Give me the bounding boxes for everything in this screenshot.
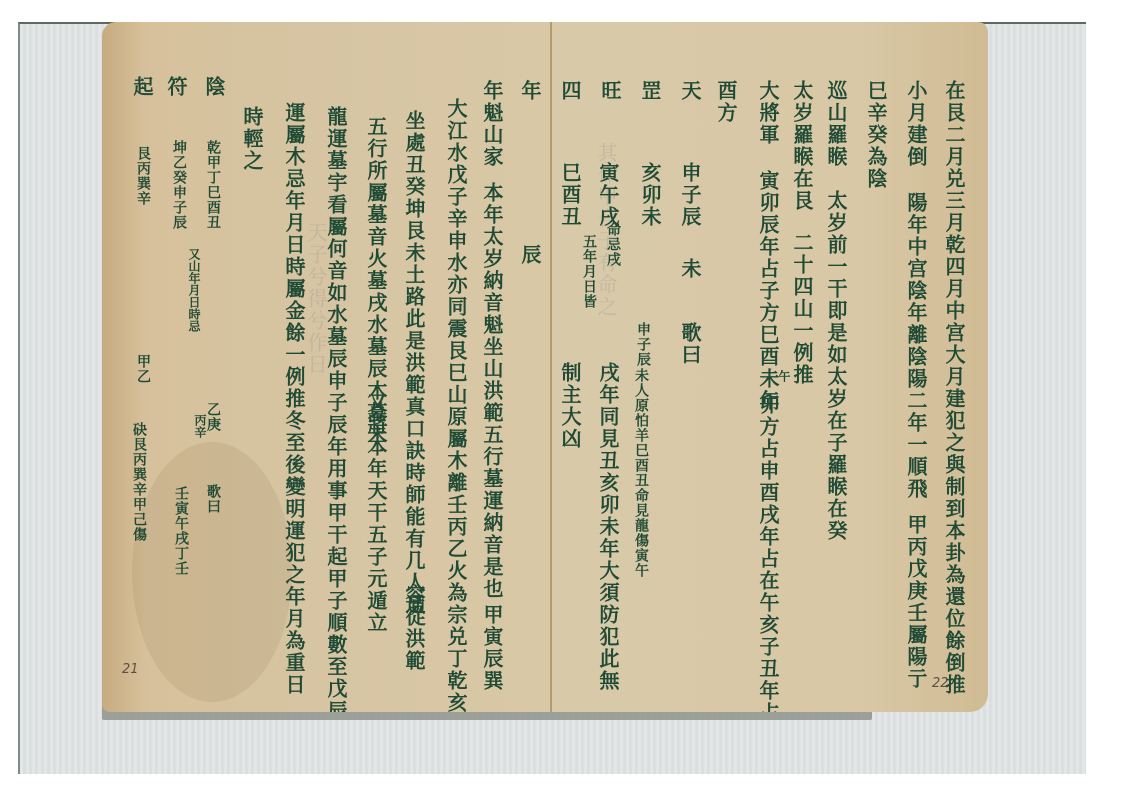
text-column: 辰 <box>520 244 540 266</box>
text-column: 本年太岁納音魁坐山洪範五行墓運納音是也 <box>482 182 502 600</box>
text-column: 戌年同見丑亥卯未年大須防犯此無 <box>598 362 618 692</box>
text-column: 陰 <box>204 76 224 98</box>
text-column: 甲寅辰巽 <box>482 604 502 692</box>
text-column: 乙庚 <box>206 402 220 432</box>
right-page: 其作甲合子有命之 在艮二月兑三月乾四月中宫大月建犯之與制到本卦為還位餘倒推 小月… <box>552 22 988 712</box>
text-column: 甲乙 <box>136 354 150 384</box>
text-column: 大江水戊子辛申水亦同震艮巳山原屬木離壬丙乙火為宗兑丁乾亥金 <box>446 98 466 712</box>
text-column: 未 <box>680 258 700 280</box>
text-column: 四 <box>560 80 580 102</box>
text-column: 申子辰 <box>680 162 700 228</box>
text-column: 陽年中宫陰年離陰陽二年一順飛 <box>906 192 926 500</box>
text-column: 卯方占申酉戌年占在午亥子丑年占 <box>758 394 778 712</box>
text-column: 命忌戌 <box>606 222 620 267</box>
text-column: 小月建倒 <box>906 80 926 168</box>
text-column: 寅午戌 <box>598 162 618 228</box>
text-column: 坐處丑癸坤艮未土路此是洪範真口訣時師能有几人通 <box>404 110 424 616</box>
text-column: 壬寅午戌丁壬 <box>174 486 188 576</box>
text-column: 大將軍 <box>758 80 778 146</box>
text-column: 容從洪範 <box>404 584 424 672</box>
text-column: 又將本年天干五子元遁立 <box>366 392 386 634</box>
text-column: 又山年月日時忌 <box>188 248 200 332</box>
text-column: 歌曰 <box>680 322 700 366</box>
open-book: 天子兮得兮作日 年 辰 年魁山家 本年太岁納音魁坐山洪範五行墓運納音是也 甲寅辰… <box>102 22 990 722</box>
text-column: 未人原怕羊巳酉丑命見龍傷寅午 <box>634 368 648 578</box>
text-column: 巳酉丑 <box>560 162 580 228</box>
text-column: 符 <box>166 76 186 98</box>
water-stain <box>132 442 292 702</box>
text-column: 巡山羅睺 <box>826 80 846 168</box>
text-column: 運屬木忌年月日時屬金餘一例推冬至後變明運犯之年月為重日 <box>284 102 304 696</box>
left-page: 天子兮得兮作日 年 辰 年魁山家 本年太岁納音魁坐山洪範五行墓運納音是也 甲寅辰… <box>102 22 552 712</box>
text-column: 酉方 <box>716 80 736 124</box>
text-column: 砄艮丙巽辛甲己傷 <box>132 422 146 542</box>
text-column: 時輕之 <box>242 106 262 172</box>
text-column: 坤乙癸申子辰 <box>172 140 186 230</box>
text-column: 旺 <box>600 80 620 102</box>
text-column: 巳辛癸為陰 <box>866 80 886 190</box>
text-column: 寅卯辰年占子方巳酉未年 <box>758 170 778 412</box>
text-column: 艮丙巽辛 <box>136 146 150 206</box>
text-column: 太岁羅睺在艮 <box>792 80 812 212</box>
text-column: 龍運墓宇看屬何音如水墓辰申子辰年用事甲干起甲子順數至戊辰 <box>326 106 346 712</box>
text-column: 五年月日皆 <box>582 234 596 309</box>
page-number: 22 <box>932 676 949 691</box>
text-column: 天 <box>680 80 700 102</box>
text-column: 亥卯未 <box>640 162 660 228</box>
text-column: 二十四山一例推 <box>792 232 812 386</box>
text-column: 歌曰 <box>206 484 220 514</box>
text-column: 在艮二月兑三月乾四月中宫大月建犯之與制到本卦為還位餘倒推 <box>944 80 964 696</box>
text-column: 年魁山家 <box>482 80 502 168</box>
text-column: 申子辰 <box>636 322 650 367</box>
text-column: 丙辛 <box>194 414 206 438</box>
text-column: 甲丙戊庚壬屬陽亍 <box>906 514 926 690</box>
text-column: 罡 <box>640 80 660 102</box>
text-column: 午 <box>778 370 790 382</box>
text-column: 乾甲丁巳酉丑 <box>206 140 220 230</box>
text-column: 年 <box>520 80 540 102</box>
text-column: 制主大凶 <box>560 362 580 450</box>
text-column: 起 <box>132 76 152 98</box>
page-number: 21 <box>122 662 139 677</box>
text-column: 太岁前一干即是如太岁在子羅睺在癸 <box>826 190 846 542</box>
